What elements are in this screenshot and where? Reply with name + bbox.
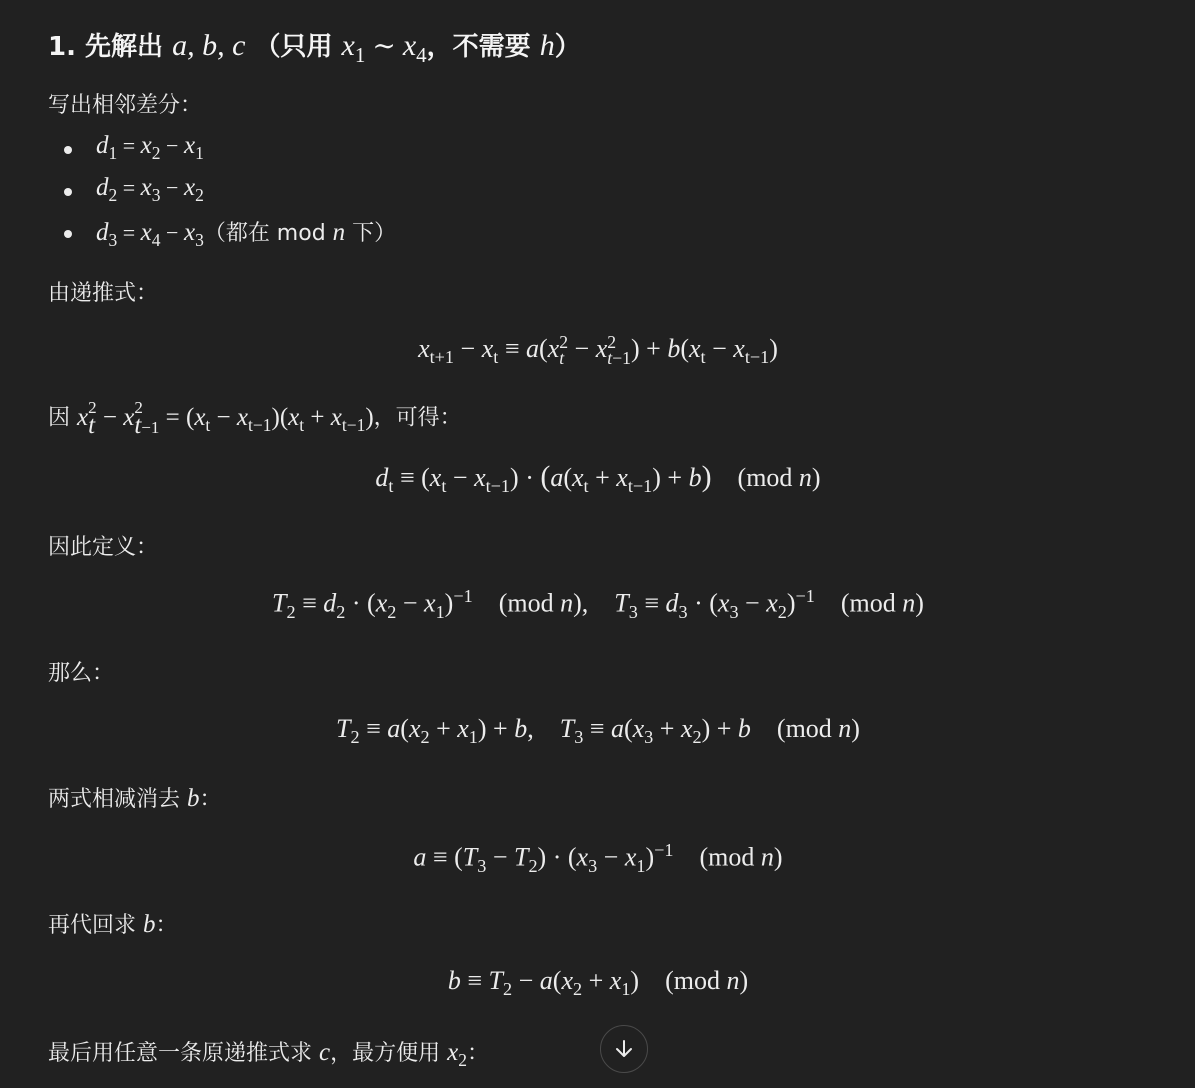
differences-list: d1 = x2 − x1 d2 = x3 − x2 d3 = x4 − x3（都… <box>48 132 396 258</box>
list-item: d3 = x4 − x3（都在 mod n 下） <box>48 216 396 258</box>
subtract-label: 两式相减消去 b： <box>48 782 222 813</box>
bullet-icon <box>64 230 72 238</box>
heading-vars: a, b, c <box>172 29 245 62</box>
heading-h: h <box>540 29 555 62</box>
back-substitute-label: 再代回求 b： <box>48 908 178 939</box>
heading-x1: x1 <box>342 29 366 62</box>
heading-text: 1. 先解出 <box>48 32 163 62</box>
list-item: d2 = x3 − x2 <box>48 174 396 216</box>
final-step-label: 最后用任意一条原递推式求 c，最方便用 x2： <box>48 1036 489 1071</box>
arrow-down-icon <box>613 1038 635 1060</box>
intro-text: 写出相邻差分： <box>48 88 202 119</box>
scroll-to-bottom-button[interactable] <box>600 1025 648 1073</box>
then-label: 那么： <box>48 656 114 687</box>
section-heading: 1. 先解出 a, b, c （只用 x1 ∼ x4，不需要 h） <box>48 26 581 68</box>
list-item: d1 = x2 − x1 <box>48 132 396 174</box>
recurrence-equation: xt+1 − xt ≡ a(x2t − x2t−1) + b(xt − xt−1… <box>48 334 1148 368</box>
dt-equation: dt ≡ (xt − xt−1) · (a(xt + xt−1) + b) (m… <box>48 460 1148 497</box>
bullet-icon <box>64 146 72 154</box>
heading-close: ） <box>555 32 581 62</box>
T-expression-equation: T2 ≡ a(x2 + x1) + b, T3 ≡ a(x3 + x2) + b… <box>48 714 1148 748</box>
b-equation: b ≡ T2 − a(x2 + x1) (mod n) <box>48 966 1148 1000</box>
heading-tilde: ∼ <box>365 31 402 62</box>
define-label: 因此定义： <box>48 530 158 561</box>
T-definition-equation: T2 ≡ d2 · (x2 − x1)−1 (mod n), T3 ≡ d3 ·… <box>48 586 1148 623</box>
heading-x4: x4 <box>403 29 427 62</box>
heading-comma: ，不需要 <box>427 32 540 62</box>
recurrence-label: 由递推式： <box>48 276 158 307</box>
factor-line: 因 x2t − x2t−1 = (xt − xt−1)(xt + xt−1)，可… <box>48 400 462 438</box>
heading-paren: （只用 <box>245 32 341 62</box>
bullet-icon <box>64 188 72 196</box>
a-equation: a ≡ (T3 − T2) · (x3 − x1)−1 (mod n) <box>48 840 1148 877</box>
